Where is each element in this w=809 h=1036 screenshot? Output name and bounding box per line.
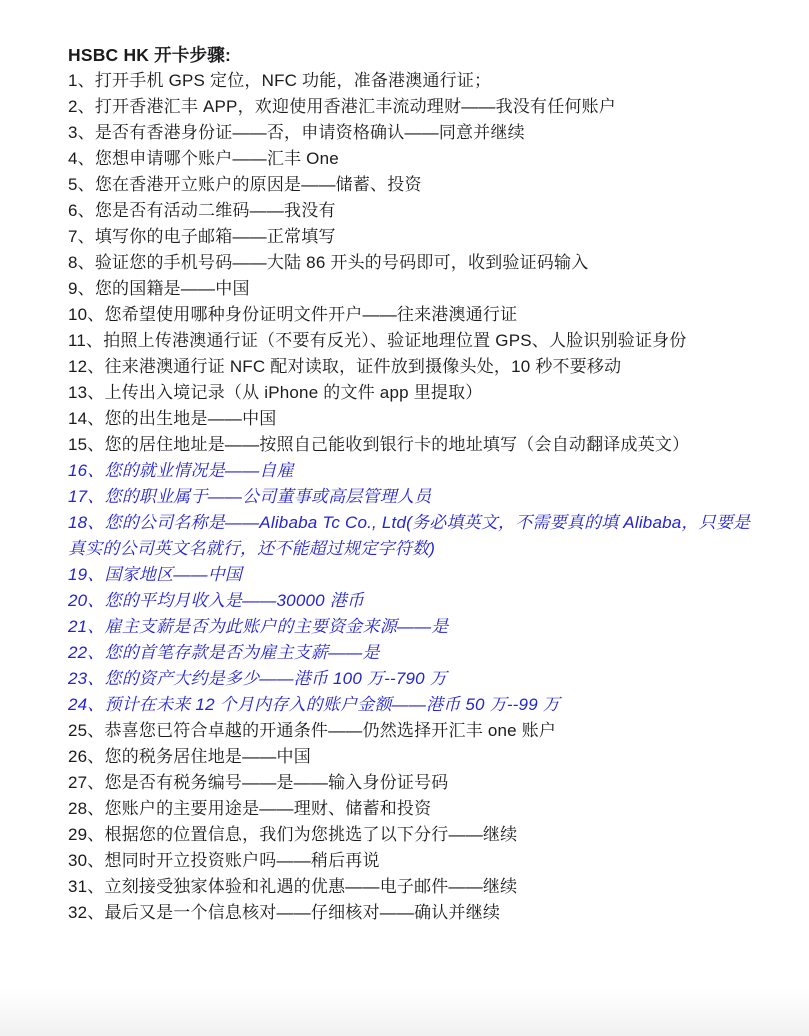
step-line: 22、您的首笔存款是否为雇主支薪——是 — [68, 640, 758, 666]
step-line: 21、雇主支薪是否为此账户的主要资金来源——是 — [68, 614, 758, 640]
step-line: 19、国家地区——中国 — [68, 562, 758, 588]
step-line: 3、是否有香港身份证——否，申请资格确认——同意并继续 — [68, 120, 758, 146]
step-line: 23、您的资产大约是多少——港币 100 万--790 万 — [68, 666, 758, 692]
step-line: 30、想同时开立投资账户吗——稍后再说 — [68, 848, 758, 874]
step-line: 26、您的税务居住地是——中国 — [68, 744, 758, 770]
step-line: 7、填写你的电子邮箱——正常填写 — [68, 224, 758, 250]
step-line: 5、您在香港开立账户的原因是——储蓄、投资 — [68, 172, 758, 198]
step-line: 20、您的平均月收入是——30000 港币 — [68, 588, 758, 614]
step-line: 2、打开香港汇丰 APP，欢迎使用香港汇丰流动理财——我没有任何账户 — [68, 94, 758, 120]
step-line: 16、您的就业情况是——自雇 — [68, 458, 758, 484]
step-line: 10、您希望使用哪种身份证明文件开户——往来港澳通行证 — [68, 302, 758, 328]
step-line: 9、您的国籍是——中国 — [68, 276, 758, 302]
steps-list: 1、打开手机 GPS 定位，NFC 功能，准备港澳通行证；2、打开香港汇丰 AP… — [68, 68, 758, 926]
step-line: 27、您是否有税务编号——是——输入身份证号码 — [68, 770, 758, 796]
step-line: 18、您的公司名称是——Alibaba Tc Co., Ltd(务必填英文，不需… — [68, 510, 758, 562]
step-line: 11、拍照上传港澳通行证（不要有反光）、验证地理位置 GPS、人脸识别验证身份 — [68, 328, 758, 354]
step-line: 14、您的出生地是——中国 — [68, 406, 758, 432]
step-line: 25、恭喜您已符合卓越的开通条件——仍然选择开汇丰 one 账户 — [68, 718, 758, 744]
step-line: 17、您的职业属于——公司董事或高层管理人员 — [68, 484, 758, 510]
document-page: HSBC HK 开卡步骤: 1、打开手机 GPS 定位，NFC 功能，准备港澳通… — [0, 0, 809, 1036]
step-line: 28、您账户的主要用途是——理财、储蓄和投资 — [68, 796, 758, 822]
step-line: 12、往来港澳通行证 NFC 配对读取，证件放到摄像头处，10 秒不要移动 — [68, 354, 758, 380]
step-line: 29、根据您的位置信息，我们为您挑选了以下分行——继续 — [68, 822, 758, 848]
step-line: 6、您是否有活动二维码——我没有 — [68, 198, 758, 224]
step-line: 32、最后又是一个信息核对——仔细核对——确认并继续 — [68, 900, 758, 926]
document-title: HSBC HK 开卡步骤: — [68, 42, 758, 68]
step-line: 31、立刻接受独家体验和礼遇的优惠——电子邮件——继续 — [68, 874, 758, 900]
step-line: 4、您想申请哪个账户——汇丰 One — [68, 146, 758, 172]
step-line: 13、上传出入境记录（从 iPhone 的文件 app 里提取） — [68, 380, 758, 406]
step-line: 15、您的居住地址是——按照自己能收到银行卡的地址填写（会自动翻译成英文） — [68, 432, 758, 458]
step-line: 1、打开手机 GPS 定位，NFC 功能，准备港澳通行证； — [68, 68, 758, 94]
step-line: 8、验证您的手机号码——大陆 86 开头的号码即可，收到验证码输入 — [68, 250, 758, 276]
step-line: 24、预计在未来 12 个月内存入的账户金额——港币 50 万--99 万 — [68, 692, 758, 718]
